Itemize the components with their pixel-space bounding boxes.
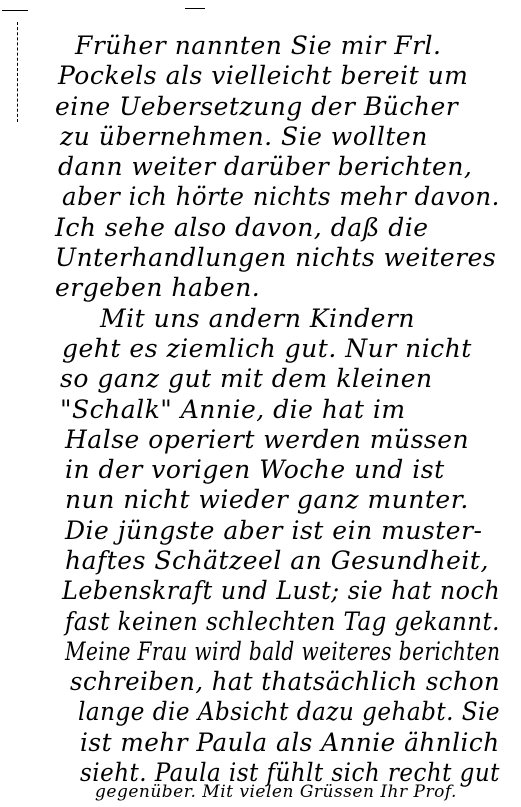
letter-line: Ich sehe also davon, daß die	[55, 213, 429, 242]
letter-line: so ganz gut mit dem kleinen	[60, 364, 433, 393]
letter-line: "Schalk" Annie, die hat im	[60, 395, 406, 424]
letter-line: fast keinen schlechten Tag gekannt.	[65, 607, 500, 636]
letter-line: Unterhandlungen nichts weiteres	[55, 243, 496, 272]
letter-line: Pockels als vielleicht bereit um	[58, 61, 468, 90]
letter-line: Halse operiert werden müssen	[65, 425, 469, 454]
letter-line: in der vorigen Woche und ist	[65, 455, 445, 484]
letter-line: lange die Absicht dazu gehabt. Sie	[78, 697, 500, 726]
letter-line: haftes Schätzeel an Gesundheit,	[65, 546, 489, 575]
scan-margin-line	[17, 22, 19, 122]
letter-line: geht es ziemlich gut. Nur nicht	[62, 334, 472, 363]
letter-page: Früher nannten Sie mir Frl. Pockels als …	[0, 0, 521, 807]
letter-line: ist mehr Paula als Annie ähnlich	[80, 728, 500, 757]
letter-line: zu übernehmen. Sie wollten	[60, 122, 428, 151]
letter-line: ergeben haben.	[55, 273, 260, 302]
letter-line: dann weiter darüber berichten,	[58, 152, 472, 181]
letter-line: Die jüngste aber ist ein muster-	[65, 516, 483, 545]
letter-line: nun nicht wieder ganz munter.	[65, 485, 469, 514]
letter-line: Früher nannten Sie mir Frl.	[75, 31, 442, 60]
letter-line: Lebenskraft und Lust; sie hat noch	[62, 576, 500, 605]
letter-line: Meine Frau wird bald weiteres berichten	[65, 637, 500, 666]
letter-line: schreiben, hat thatsächlich schon	[70, 667, 500, 696]
scan-corner-mark	[2, 10, 28, 12]
letter-line: eine Uebersetzung der Bücher	[55, 92, 458, 121]
letter-line: aber ich hörte nichts mehr davon.	[62, 182, 500, 211]
scan-top-mark	[185, 8, 205, 10]
letter-footer-line: gegenüber. Mit vielen Grüssen Ihr Prof.	[95, 782, 457, 802]
letter-line: Mit uns andern Kindern	[100, 304, 415, 333]
